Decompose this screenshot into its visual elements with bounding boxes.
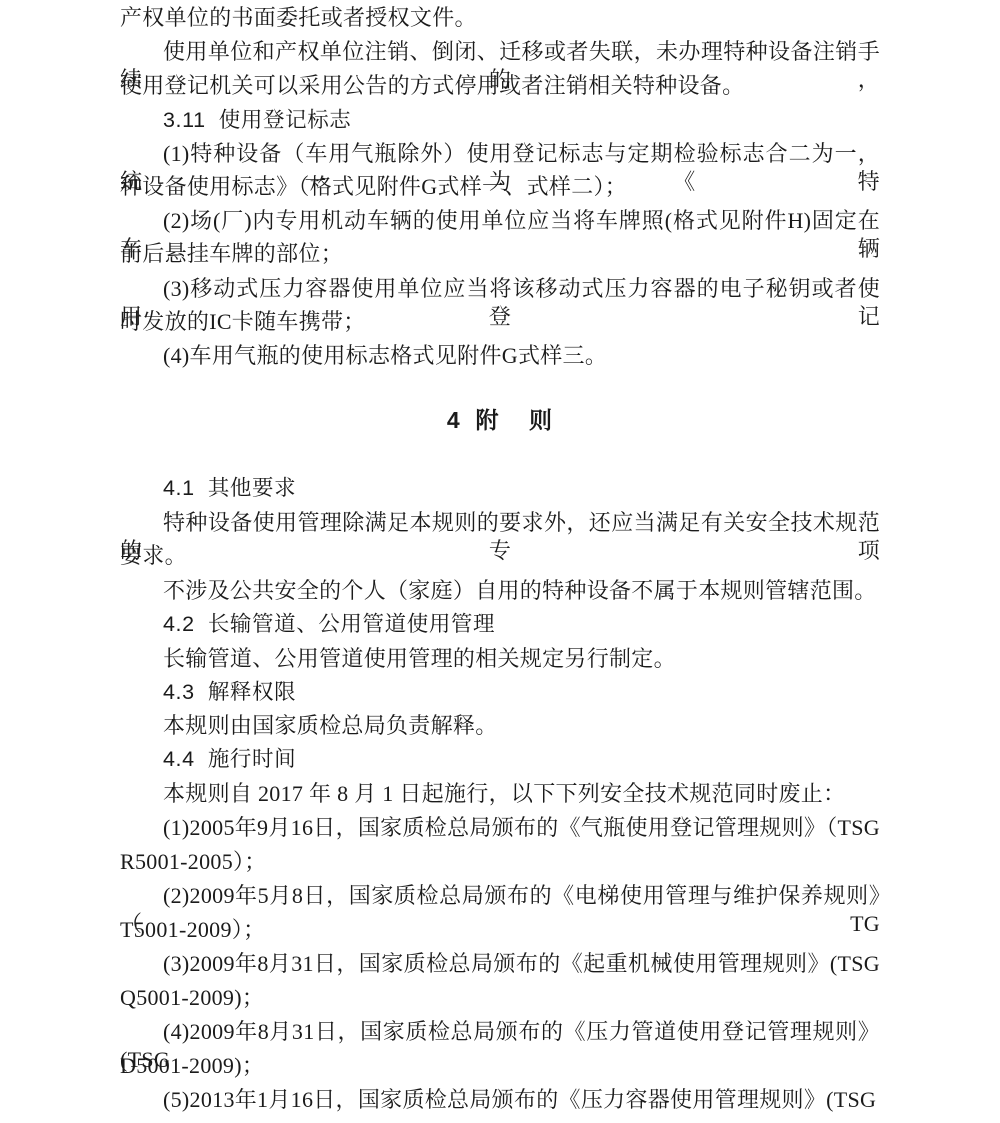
repealed-item-line: Q5001-2009)； xyxy=(120,984,880,1012)
section-heading-4-3: 4.3 解释权限 xyxy=(120,679,880,706)
repealed-item-line: (5)2013年1月16日，国家质检总局颁布的《压力容器使用管理规则》(TSG xyxy=(120,1086,880,1114)
repealed-item-line: R5001-2005）； xyxy=(120,848,880,876)
paragraph-line: 时发放的IC卡随车携带； xyxy=(120,308,880,336)
chapter-heading-4: 4 附 则 xyxy=(120,406,880,435)
paragraph-line: (4)车用气瓶的使用标志格式见附件G式样三。 xyxy=(120,342,880,370)
paragraph-line: 前后悬挂车牌的部位； xyxy=(120,240,880,268)
repealed-item-line: T5001-2009）； xyxy=(120,916,880,944)
section-heading-4-1: 4.1 其他要求 xyxy=(120,475,880,502)
repealed-item-line: D5001-2009)； xyxy=(120,1052,880,1080)
repealed-item-line: (1)2005年9月16日，国家质检总局颁布的《气瓶使用登记管理规则》（TSG xyxy=(120,814,880,842)
paragraph-line: 要求。 xyxy=(120,542,880,570)
paragraph-line: 种设备使用标志》（格式见附件G式样一、式样二）； xyxy=(120,173,880,201)
document-page: 产权单位的书面委托或者授权文件。 使用单位和产权单位注销、倒闭、迁移或者失联，未… xyxy=(0,0,1000,1123)
paragraph-line: 本规则由国家质检总局负责解释。 xyxy=(120,712,880,740)
paragraph-line: 产权单位的书面委托或者授权文件。 xyxy=(120,4,880,32)
paragraph-line: 本规则自 2017 年 8 月 1 日起施行，以下下列安全技术规范同时废止： xyxy=(120,780,880,808)
paragraph-line: 长输管道、公用管道使用管理的相关规定另行制定。 xyxy=(120,645,880,673)
paragraph-line: 使用登记机关可以采用公告的方式停用或者注销相关特种设备。 xyxy=(120,72,880,100)
section-heading-4-2: 4.2 长输管道、公用管道使用管理 xyxy=(120,611,880,638)
section-heading-3-11: 3.11 使用登记标志 xyxy=(120,107,880,134)
repealed-item-line: (3)2009年8月31日，国家质检总局颁布的《起重机械使用管理规则》(TSG xyxy=(120,950,880,978)
paragraph-line: 不涉及公共安全的个人（家庭）自用的特种设备不属于本规则管辖范围。 xyxy=(120,577,880,605)
section-heading-4-4: 4.4 施行时间 xyxy=(120,746,880,773)
